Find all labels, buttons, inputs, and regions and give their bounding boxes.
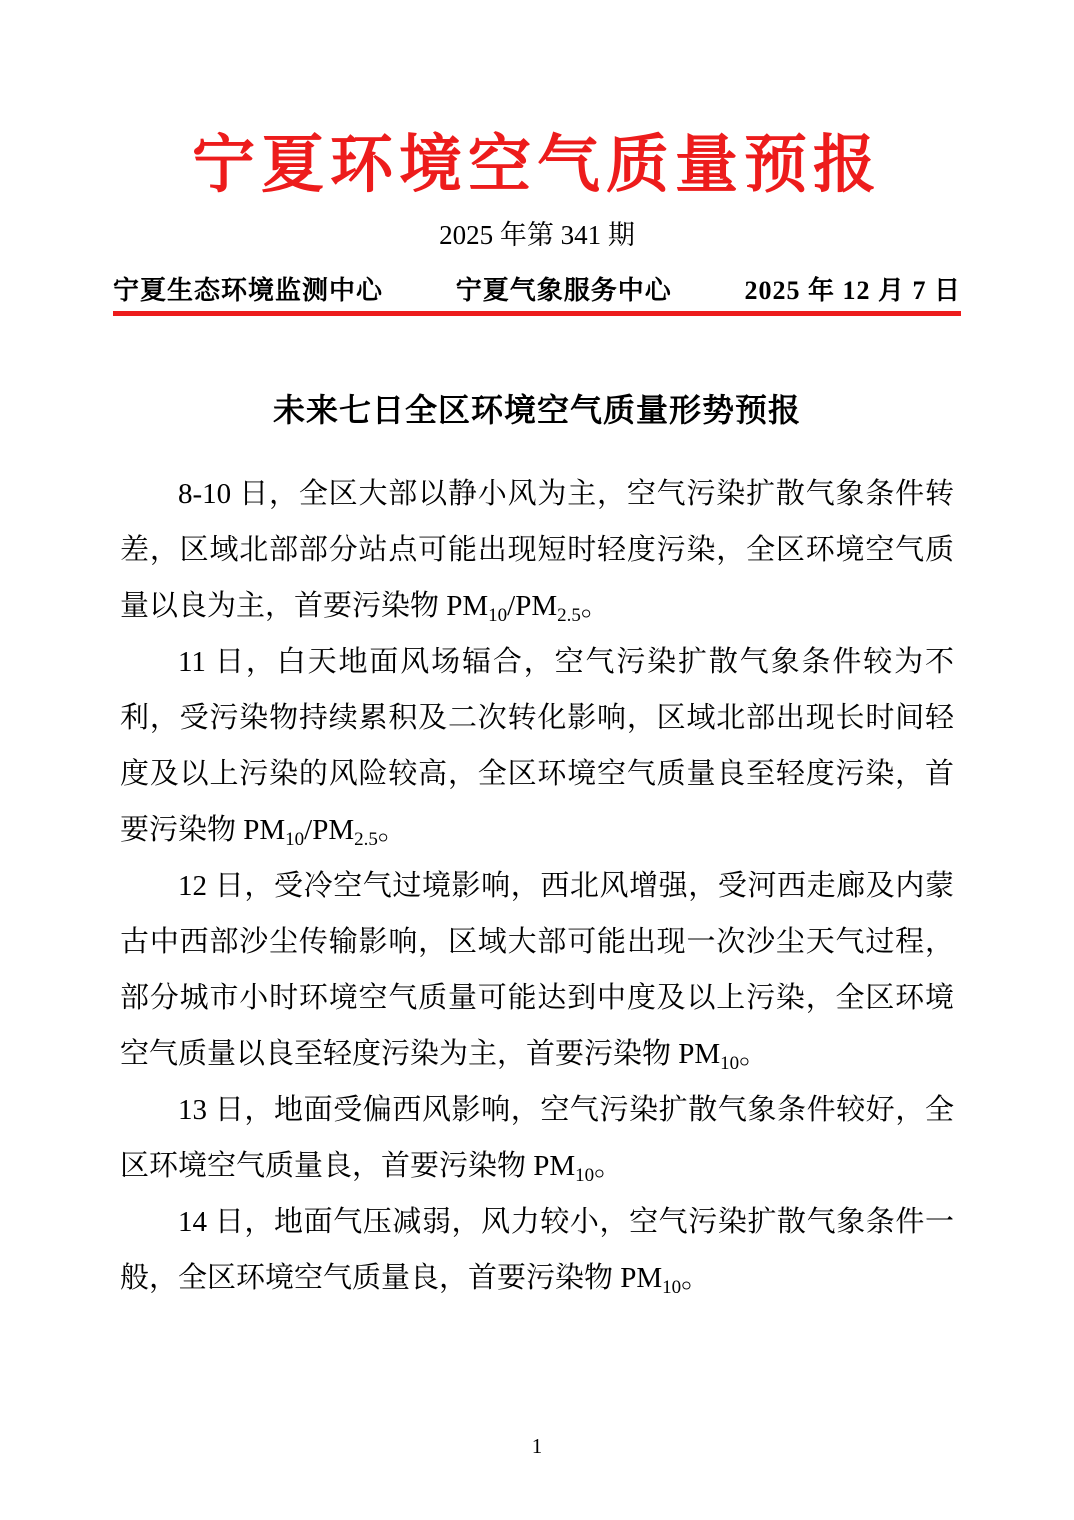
issue-number: 2025 年第 341 期 (0, 219, 1074, 251)
forecast-paragraph: 12 日，受冷空气过境影响，西北风增强，受河西走廊及内蒙古中西部沙尘传输影响，区… (120, 858, 954, 1082)
bulletin-page: 宁夏环境空气质量预报 2025 年第 341 期 宁夏生态环境监测中心 宁夏气象… (0, 0, 1074, 1520)
org-weather-service: 宁夏气象服务中心 (456, 276, 672, 306)
bulletin-title: 宁夏环境空气质量预报 (0, 127, 1074, 203)
page-number: 1 (0, 1432, 1074, 1460)
pollutant-subscript: 2.5 (354, 829, 378, 850)
pollutant-subscript: 10 (720, 1053, 739, 1074)
pollutant-subscript: 10 (285, 829, 304, 850)
section-title: 未来七日全区环境空气质量形势预报 (0, 390, 1074, 430)
masthead-divider-rule (113, 311, 961, 316)
forecast-paragraphs: 8-10 日，全区大部以静小风为主，空气污染扩散气象条件转差，区域北部部分站点可… (120, 466, 954, 1306)
forecast-paragraph: 14 日，地面气压减弱，风力较小，空气污染扩散气象条件一般，全区环境空气质量良，… (120, 1194, 954, 1306)
forecast-paragraph: 11 日，白天地面风场辐合，空气污染扩散气象条件较为不利，受污染物持续累积及二次… (120, 634, 954, 858)
masthead: 宁夏生态环境监测中心 宁夏气象服务中心 2025 年 12 月 7 日 (113, 276, 961, 316)
pollutant-subscript: 2.5 (557, 605, 581, 626)
pollutant-subscript: 10 (575, 1165, 594, 1186)
issue-date: 2025 年 12 月 7 日 (744, 276, 961, 306)
forecast-paragraph: 8-10 日，全区大部以静小风为主，空气污染扩散气象条件转差，区域北部部分站点可… (120, 466, 954, 634)
pollutant-subscript: 10 (662, 1277, 681, 1298)
org-monitoring-center: 宁夏生态环境监测中心 (113, 276, 383, 306)
forecast-paragraph: 13 日，地面受偏西风影响，空气污染扩散气象条件较好，全区环境空气质量良，首要污… (120, 1082, 954, 1194)
pollutant-subscript: 10 (488, 605, 507, 626)
issuing-orgs-row: 宁夏生态环境监测中心 宁夏气象服务中心 2025 年 12 月 7 日 (113, 276, 961, 306)
